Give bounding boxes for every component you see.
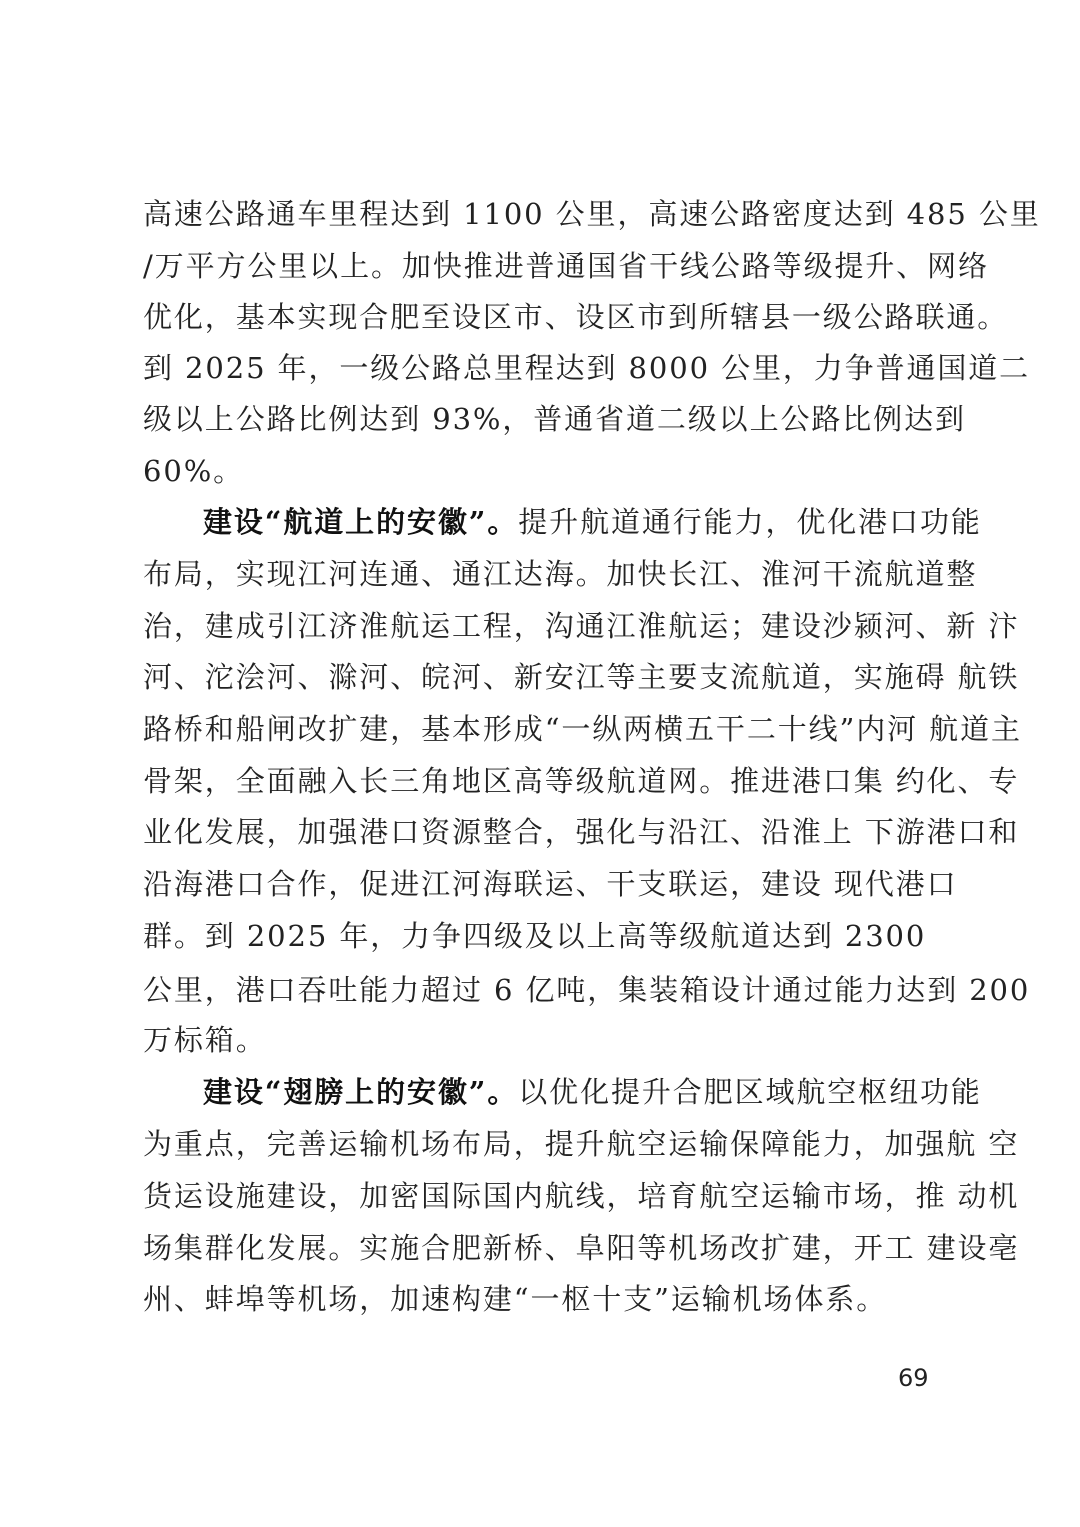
- body-line: 河、沱浍河、滁河、皖河、新安江等主要支流航道，实施碍 航铁: [143, 657, 933, 697]
- body-line: 级以上公路比例达到 93%，普通省道二级以上公路比例达到: [143, 399, 933, 439]
- body-line: 场集群化发展。实施合肥新桥、阜阳等机场改扩建，开工 建设亳: [143, 1228, 933, 1268]
- section-text: 以优化提升合肥区域航空枢纽功能: [518, 1075, 982, 1109]
- body-line: 路桥和船闸改扩建，基本形成“一纵两横五干二十线”内河 航道主: [143, 709, 933, 749]
- body-line: 货运设施建设，加密国际国内航线，培育航空运输市场，推 动机: [143, 1176, 933, 1216]
- body-line: 骨架，全面融入长三角地区高等级航道网。推进港口集 约化、专: [143, 761, 933, 801]
- body-line: 优化，基本实现合肥至设区市、设区市到所辖县一级公路联通。: [143, 297, 933, 337]
- body-line: 为重点，完善运输机场布局，提升航空运输保障能力，加强航 空: [143, 1124, 933, 1164]
- body-line: 60%。: [143, 451, 933, 491]
- body-line: 高速公路通车里程达到 1100 公里，高速公路密度达到 485 公里: [143, 194, 933, 234]
- page-number: 69: [898, 1364, 929, 1392]
- section-heading: 建设“翅膀上的安徽”。: [203, 1075, 518, 1109]
- body-line: 万标箱。: [143, 1020, 933, 1060]
- body-line: 业化发展，加强港口资源整合，强化与沿江、沿淮上 下游港口和: [143, 812, 933, 852]
- body-line: 州、蚌埠等机场，加速构建“一枢十支”运输机场体系。: [143, 1279, 933, 1319]
- body-line: 到 2025 年，一级公路总里程达到 8000 公里，力争普通国道二: [143, 348, 933, 388]
- body-line: 治，建成引江济淮航运工程，沟通江淮航运；建设沙颍河、新 汴: [143, 606, 933, 646]
- body-line: 沿海港口合作，促进江河海联运、干支联运，建设 现代港口: [143, 864, 933, 904]
- section-first-line: 建设“翅膀上的安徽”。以优化提升合肥区域航空枢纽功能: [203, 1072, 933, 1112]
- section-first-line: 建设“航道上的安徽”。提升航道通行能力，优化港口功能: [203, 502, 933, 542]
- section-heading: 建设“航道上的安徽”。: [203, 505, 518, 539]
- body-line: /万平方公里以上。加快推进普通国省干线公路等级提升、网络: [143, 246, 933, 286]
- body-line: 群。到 2025 年，力争四级及以上高等级航道达到 2300: [143, 916, 933, 956]
- document-page: 高速公路通车里程达到 1100 公里，高速公路密度达到 485 公里 /万平方公…: [0, 0, 1080, 1527]
- section-text: 提升航道通行能力，优化港口功能: [518, 505, 982, 539]
- body-line: 公里，港口吞吐能力超过 6 亿吨，集装箱设计通过能力达到 200: [143, 970, 933, 1010]
- body-line: 布局，实现江河连通、通江达海。加快长江、淮河干流航道整: [143, 554, 933, 594]
